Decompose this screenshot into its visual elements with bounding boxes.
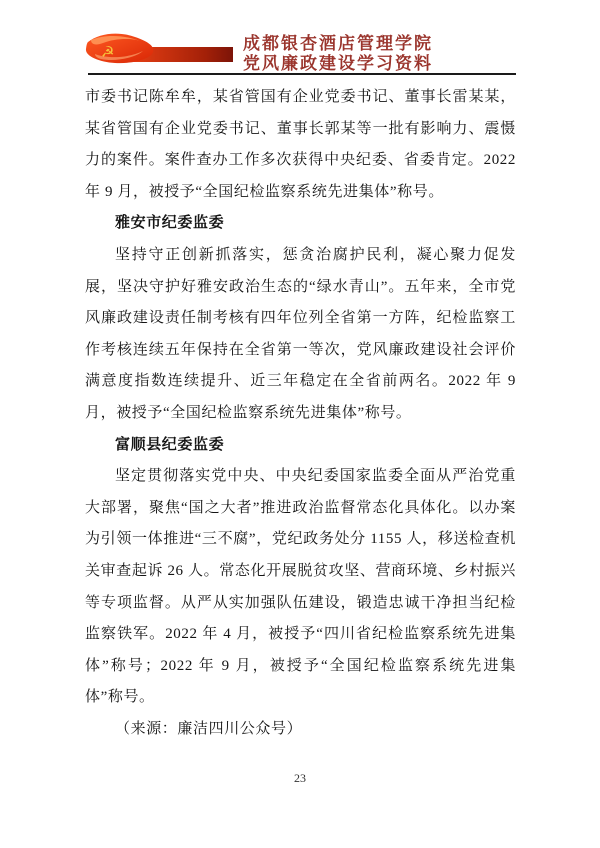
header-divider — [88, 73, 516, 75]
section-heading-fushun: 富顺县纪委监委 — [85, 430, 516, 462]
party-flame-logo: ☭ — [85, 32, 233, 68]
document-body: 市委书记陈牟牟，某省管国有企业党委书记、董事长雷某某，某省管国有企业党委书记、董… — [85, 82, 516, 745]
hammer-and-sickle-icon: ☭ — [101, 43, 114, 61]
paragraph-fushun: 坚定贯彻落实党中央、中央纪委国家监委全面从严治党重大部署，聚焦“国之大者”推进政… — [85, 461, 516, 714]
document-page: ☭ 成都银杏酒店管理学院 党风廉政建设学习资料 市委书记陈牟牟，某省管国有企业党… — [0, 0, 600, 848]
source-line: （来源：廉洁四川公众号） — [85, 714, 516, 746]
page-number: 23 — [0, 771, 600, 786]
flame-ribbon-icon: ☭ — [85, 32, 233, 68]
institution-title: 成都银杏酒店管理学院 — [243, 34, 433, 54]
header-titles: 成都银杏酒店管理学院 党风廉政建设学习资料 — [243, 34, 433, 74]
document-subtitle: 党风廉政建设学习资料 — [243, 54, 433, 74]
paragraph-continuation: 市委书记陈牟牟，某省管国有企业党委书记、董事长雷某某，某省管国有企业党委书记、董… — [85, 82, 516, 208]
page-header: ☭ 成都银杏酒店管理学院 党风廉政建设学习资料 — [85, 32, 433, 74]
paragraph-yaan: 坚持守正创新抓落实，惩贪治腐护民利，凝心聚力促发展，坚决守护好雅安政治生态的“绿… — [85, 240, 516, 430]
section-heading-yaan: 雅安市纪委监委 — [85, 208, 516, 240]
